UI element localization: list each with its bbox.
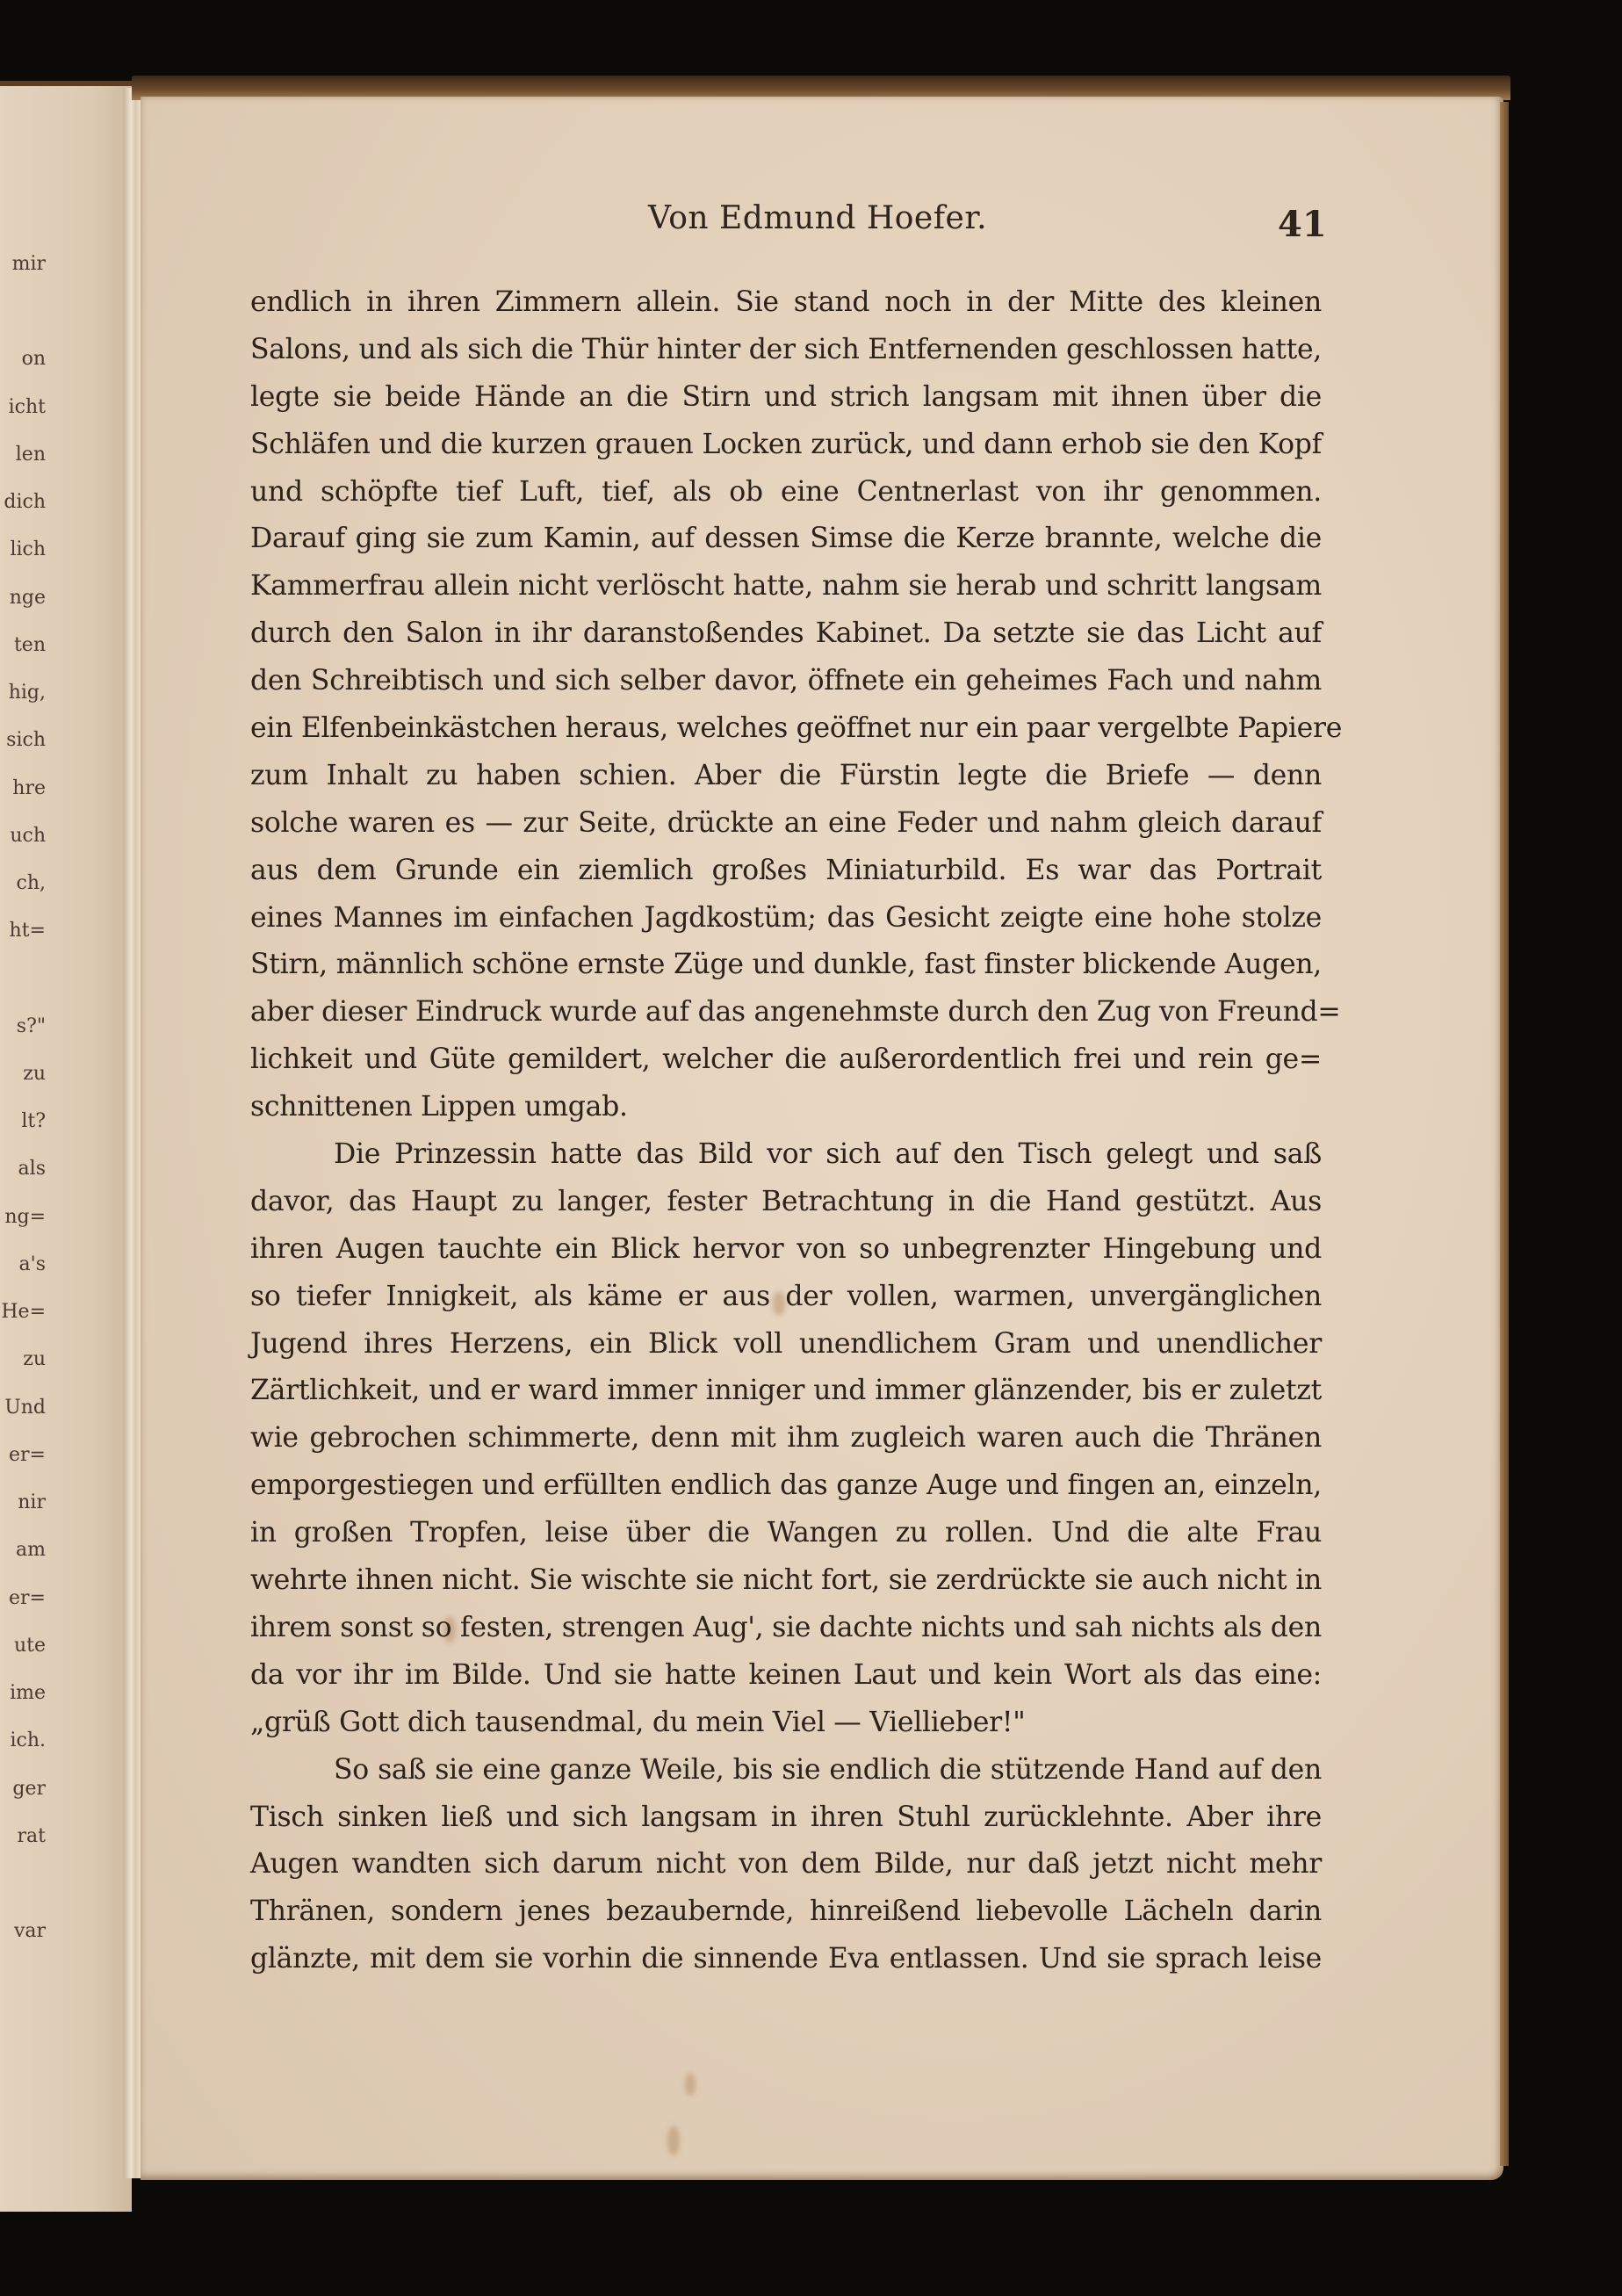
page-fore-edge [1500,102,1509,2166]
text-line: und schöpfte tief Luft, tief, als ob ein… [250,469,1322,516]
text-line: Jugend ihres Herzens, ein Blick voll une… [250,1321,1322,1368]
text-line: solche waren es — zur Seite, drückte an … [250,800,1322,848]
text-line: wie gebrochen schimmerte, denn mit ihm z… [250,1415,1322,1462]
text-line: zum Inhalt zu haben schien. Aber die Für… [250,753,1322,800]
margin-fragment: ich. [10,1729,46,1751]
margin-fragment: s?" [17,1015,46,1037]
text-line: aber dieser Eindruck wurde auf das angen… [250,989,1322,1036]
text-line: legte sie beide Hände an die Stirn und s… [250,374,1322,422]
margin-fragment: ger [12,1778,46,1800]
margin-fragment: ten [14,634,46,656]
margin-fragment: icht [9,396,46,418]
margin-fragment: a's [19,1253,46,1275]
margin-fragment: hre [12,777,46,799]
text-line: Tisch sinken ließ und sich langsam in ih… [250,1794,1322,1842]
text-line: Darauf ging sie zum Kamin, auf dessen Si… [250,516,1322,563]
margin-fragment: lich [10,538,46,560]
margin-fragment: ch, [17,872,46,894]
text-line: Schläfen und die kurzen grauen Locken zu… [250,422,1322,469]
margin-fragment: nge [10,587,46,609]
text-line: Kammerfrau allein nicht verlöscht hatte,… [250,563,1322,610]
foxing-stain [685,2073,696,2096]
text-line: so tiefer Innigkeit, als käme er aus der… [250,1274,1322,1321]
text-line: schnittenen Lippen umgab. [250,1084,1322,1131]
text-line: emporgestiegen und erfüllten endlich das… [250,1462,1322,1510]
text-line: Augen wandten sich darum nicht von dem B… [250,1841,1322,1888]
text-line: aus dem Grunde ein ziemlich großes Minia… [250,848,1322,895]
body-text: endlich in ihren Zimmern allein. Sie sta… [250,279,1322,1983]
text-line: davor, das Haupt zu langer, fester Betra… [250,1179,1322,1226]
margin-fragment: Und [4,1397,46,1419]
margin-fragment: ute [14,1635,46,1657]
margin-fragment: zu [23,1063,46,1085]
text-line: den Schreibtisch und sich selber davor, … [250,658,1322,705]
margin-fragment: als [18,1158,46,1180]
margin-fragment: uch [10,825,46,847]
text-line: wehrte ihnen nicht. Sie wischte sie nich… [250,1557,1322,1605]
text-line: „grüß Gott dich tausendmal, du mein Viel… [250,1700,1322,1747]
text-line: Salons, und als sich die Thür hinter der… [250,327,1322,374]
left-page: mironichtlendichlichngetenhig,sichhreuch… [0,81,132,2212]
margin-fragment: on [22,348,46,370]
margin-fragment: er= [9,1444,46,1466]
text-line: Zärtlichkeit, und er ward immer inniger … [250,1368,1322,1415]
foxing-stain [667,2126,680,2155]
margin-fragment: ng= [4,1206,46,1228]
text-line: Stirn, männlich schöne ernste Züge und d… [250,942,1322,989]
text-line: Die Prinzessin hatte das Bild vor sich a… [250,1131,1322,1179]
text-line: So saß sie eine ganze Weile, bis sie end… [250,1747,1322,1794]
margin-fragment: zu [23,1348,46,1370]
margin-fragment: len [16,444,46,466]
margin-fragment: sich [6,729,46,751]
text-line: glänzte, mit dem sie vorhin die sinnende… [250,1936,1322,1983]
margin-fragment: ht= [10,920,46,942]
margin-fragment: er= [9,1587,46,1609]
text-line: endlich in ihren Zimmern allein. Sie sta… [250,279,1322,327]
margin-fragment: ime [10,1682,46,1704]
text-line: ihrem sonst so festen, strengen Aug', si… [250,1605,1322,1652]
margin-fragment: He= [1,1301,46,1323]
margin-fragment: rat [18,1825,46,1847]
text-line: eines Mannes im einfachen Jagdkostüm; da… [250,895,1322,942]
text-line: da vor ihr im Bilde. Und sie hatte keine… [250,1652,1322,1700]
page-number: 41 [1278,204,1327,245]
margin-fragment: var [14,1920,46,1942]
margin-fragment: lt? [21,1110,46,1132]
text-line: Thränen, sondern jenes bezaubernde, hinr… [250,1888,1322,1936]
text-line: lichkeit und Güte gemildert, welcher die… [250,1036,1322,1084]
text-line: in großen Tropfen, leise über die Wangen… [250,1510,1322,1557]
margin-fragment: dich [4,491,46,513]
text-line: ein Elfenbeinkästchen heraus, welches ge… [250,705,1322,753]
text-line: ihren Augen tauchte ein Blick hervor von… [250,1226,1322,1274]
running-head: Von Edmund Hoefer. [648,200,987,236]
text-line: durch den Salon in ihr daranstoßendes Ka… [250,610,1322,658]
margin-fragment: mir [12,253,46,275]
margin-fragment: am [16,1539,46,1561]
margin-fragment: nir [18,1491,46,1513]
margin-fragment: hig, [9,682,46,704]
